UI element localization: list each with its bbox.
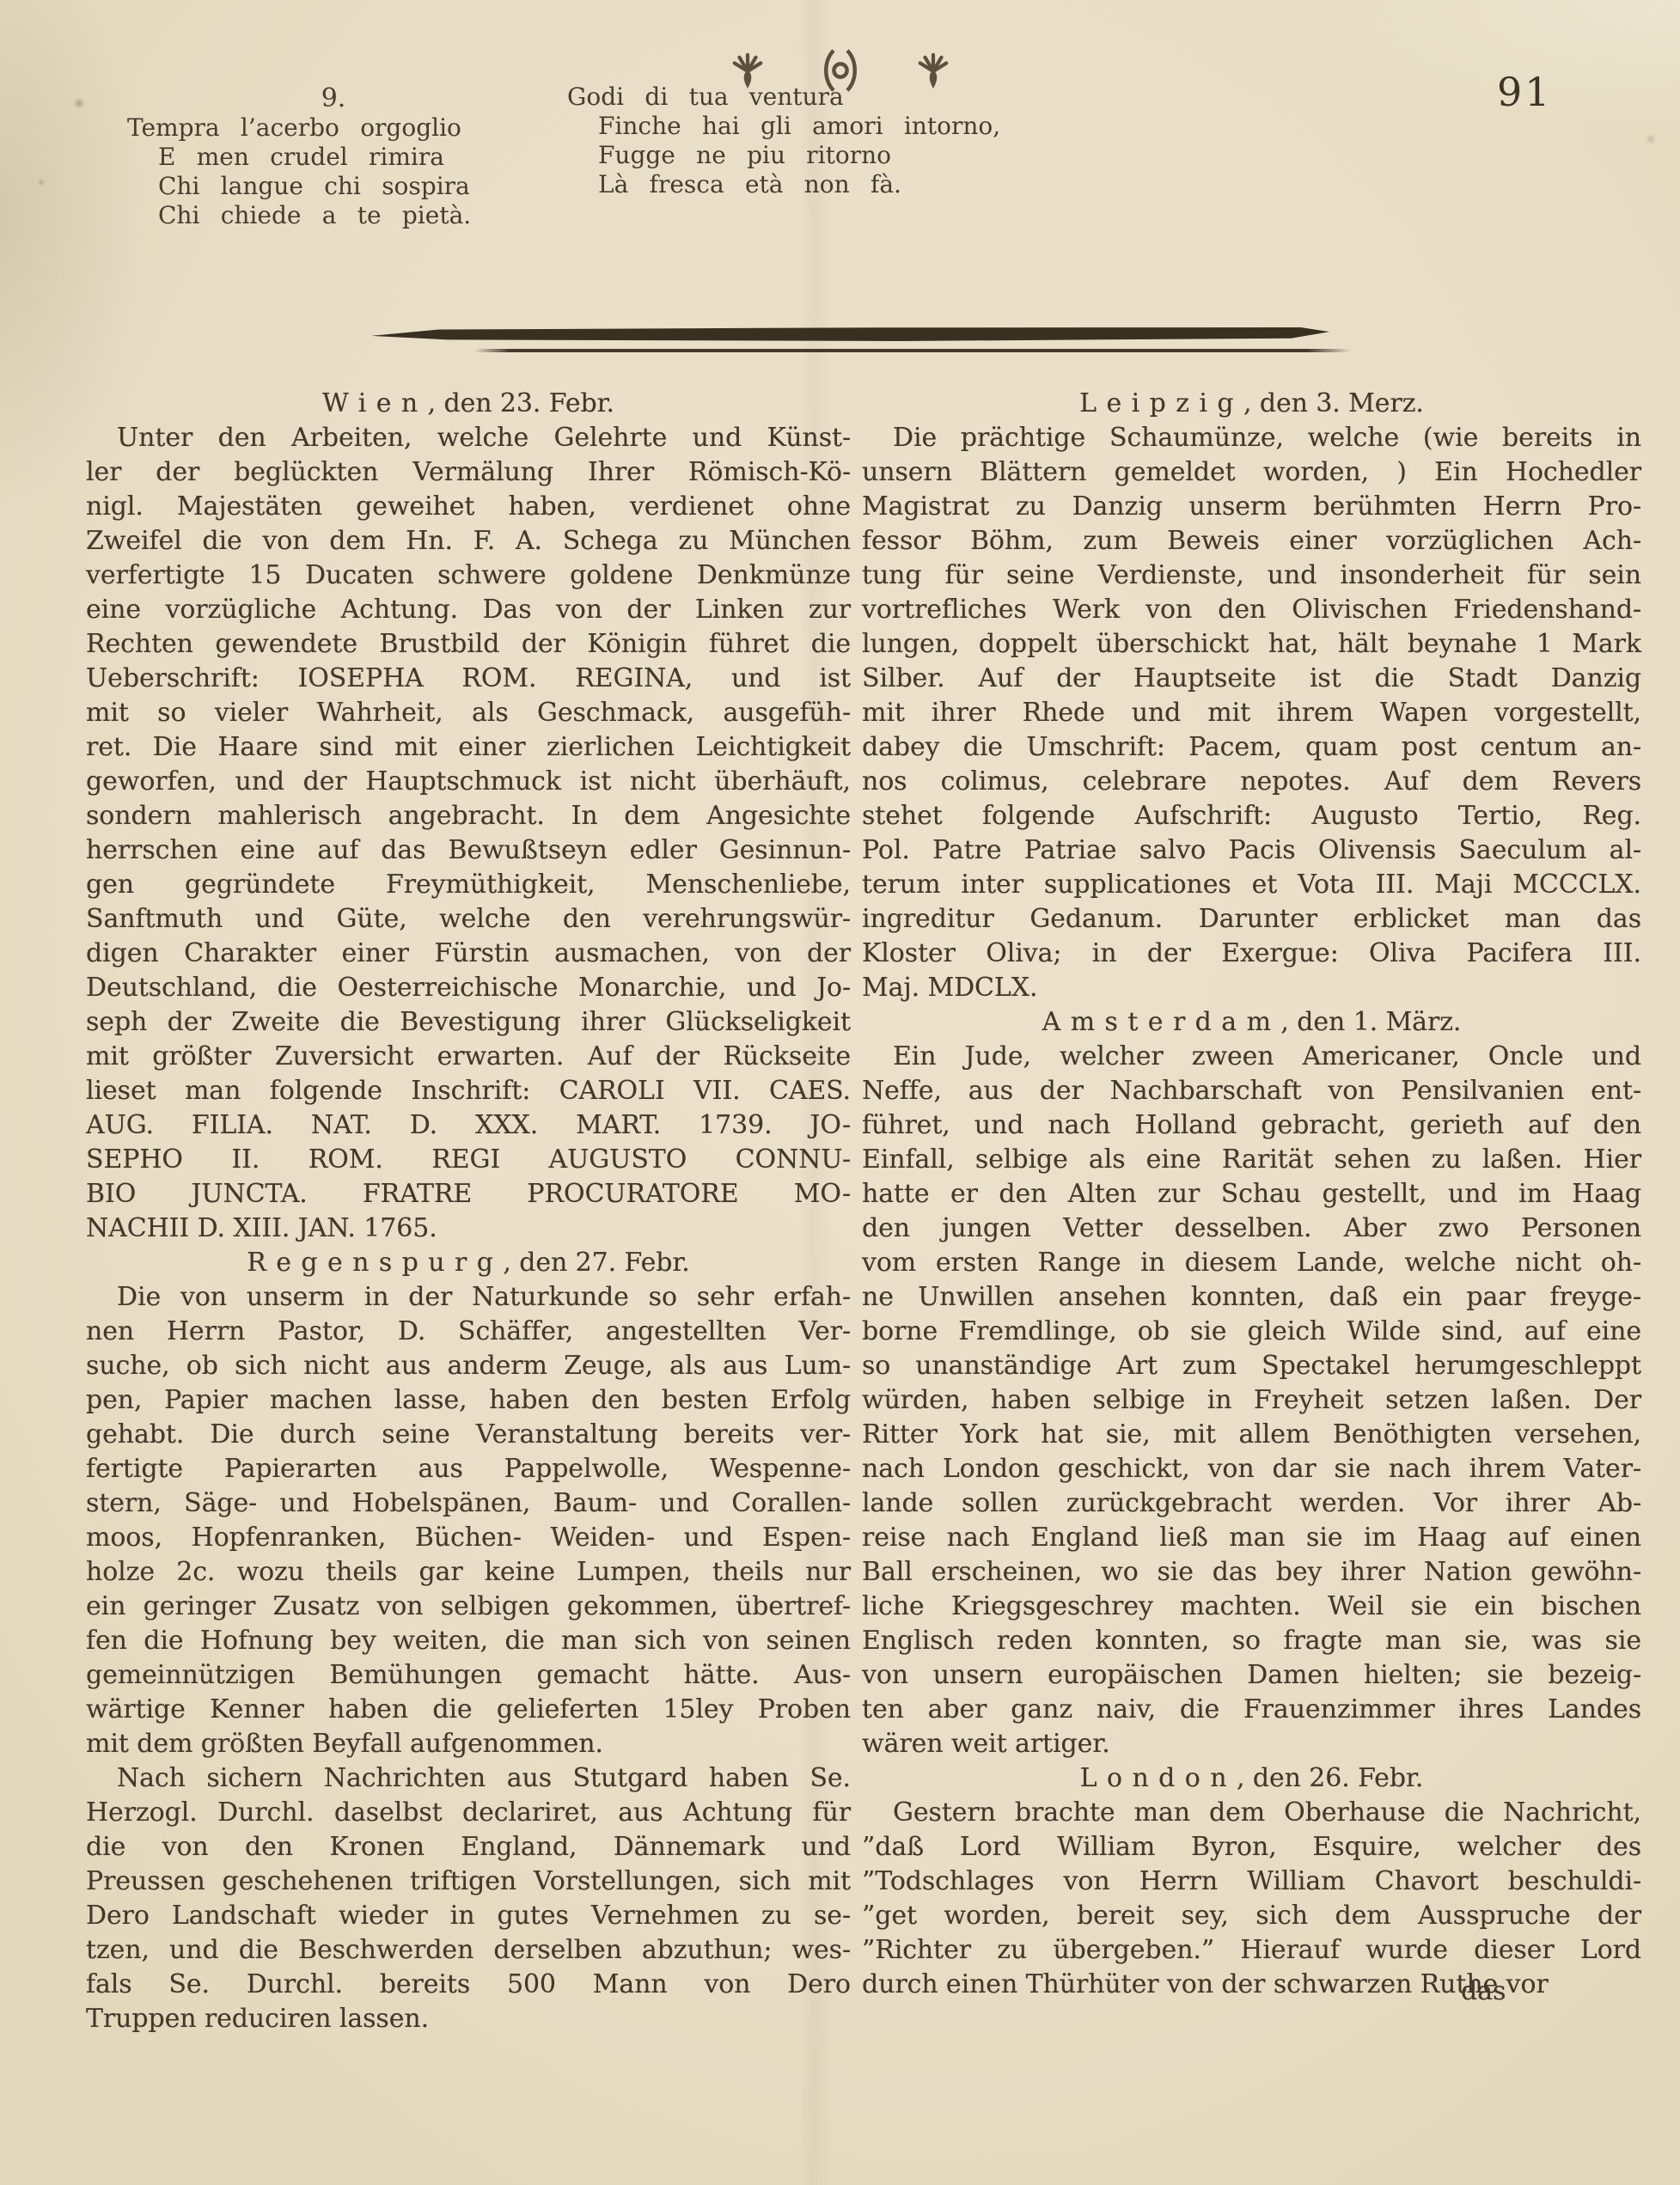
poem-line: Fugge ne piu ritorno: [598, 141, 1100, 170]
text-line: digen Charakter einer Fürstin ausmachen,…: [86, 937, 851, 971]
newspaper-page: 91 9. Tempra l’acerbo orgoglioE men crud…: [0, 0, 1680, 2185]
poem-line: Chi langue chi sospira: [158, 172, 540, 201]
text-line: ”daß Lord William Byron, Esquire, welche…: [862, 1830, 1641, 1865]
text-line: mit größter Zuversicht erwarten. Auf der…: [86, 1040, 851, 1074]
text-line: Dero Landschaft wieder in gutes Vernehme…: [86, 1899, 851, 1933]
text-line: lungen, doppelt überschickt hat, hält be…: [862, 627, 1641, 662]
text-line: Silber. Auf der Hauptseite ist die Stadt…: [862, 662, 1641, 696]
text-line: mit so vieler Wahrheit, als Geschmack, a…: [86, 696, 851, 730]
text-line: fertigte Papierarten aus Pappelwolle, We…: [86, 1452, 851, 1486]
text-line: nen Herrn Pastor, D. Schäffer, angestell…: [86, 1315, 851, 1349]
text-line: liche Kriegsgeschrey machten. Weil sie e…: [862, 1590, 1641, 1624]
section-divider: [371, 327, 1329, 352]
text-line: SEPHO II. ROM. REGI AUGUSTO CONNU-: [86, 1143, 851, 1177]
poem-right: Godi di tua venturaFinche hai gli amori …: [567, 82, 1100, 199]
text-line: ein geringer Zusatz von selbigen gekomme…: [86, 1590, 851, 1624]
text-line: Preussen geschehenen triftigen Vorstellu…: [86, 1865, 851, 1899]
text-line: ten aber ganz naiv, die Frauenzimmer ihr…: [862, 1693, 1641, 1727]
text-line: Rechten gewendete Brustbild der Königin …: [86, 627, 851, 662]
dateline-heading: London, den 26. Febr.: [862, 1761, 1641, 1796]
text-line: fen die Hofnung bey weiten, die man sich…: [86, 1624, 851, 1658]
text-line: Ritter York hat sie, mit allem Benöthigt…: [862, 1418, 1641, 1452]
dateline-heading: Wien, den 23. Febr.: [86, 387, 851, 421]
text-line: Maj. MDCLX.: [862, 971, 1641, 1005]
text-line: Deutschland, die Oesterreichische Monarc…: [86, 971, 851, 1005]
text-line: Truppen reduciren lassen.: [86, 2002, 851, 2036]
page-number: 91: [1497, 69, 1600, 115]
poem-left-lines: Tempra l’acerbo orgoglioE men crudel rim…: [127, 113, 540, 230]
text-line: Neffe, aus der Nachbarschaft von Pensilv…: [862, 1074, 1641, 1108]
text-line: gehabt. Die durch seine Veranstaltung be…: [86, 1418, 851, 1452]
poem-line: Godi di tua ventura: [567, 82, 1100, 112]
dateline-city: London: [1080, 1763, 1237, 1793]
text-line: tung für seine Verdienste, und insonderh…: [862, 558, 1641, 593]
text-line: sondern mahlerisch angebracht. In dem An…: [86, 799, 851, 833]
text-line: Ein Jude, welcher zween Americaner, Oncl…: [862, 1040, 1641, 1074]
poem-left: 9. Tempra l’acerbo orgoglioE men crudel …: [127, 84, 540, 230]
text-line: ler der beglückten Vermälung Ihrer Römis…: [86, 455, 851, 490]
text-line: vom ersten Range in diesem Lande, welche…: [862, 1246, 1641, 1280]
text-line: NACHII D. XIII. JAN. 1765.: [86, 1212, 851, 1246]
text-line: ingreditur Gedanum. Darunter erblicket m…: [862, 902, 1641, 937]
dateline-city: Regenspurg: [247, 1248, 503, 1278]
dateline-city: Leipzig: [1079, 388, 1243, 418]
text-line: Herzogl. Durchl. daselbst declariret, au…: [86, 1796, 851, 1830]
text-line: nigl. Majestäten geweihet haben, verdien…: [86, 490, 851, 524]
text-line: Sanftmuth und Güte, welche den verehrung…: [86, 902, 851, 937]
text-line: Unter den Arbeiten, welche Gelehrte und …: [86, 421, 851, 455]
text-line: hatte er den Alten zur Schau gestellt, u…: [862, 1177, 1641, 1212]
text-line: Kloster Oliva; in der Exergue: Oliva Pac…: [862, 937, 1641, 971]
dateline-city: Wien: [322, 388, 428, 418]
text-line: Zweifel die von dem Hn. F. A. Schega zu …: [86, 524, 851, 558]
text-line: tzen, und die Beschwerden derselben abzu…: [86, 1933, 851, 1968]
text-line: den jungen Vetter desselben. Aber zwo Pe…: [862, 1212, 1641, 1246]
column-left: Wien, den 23. Febr.Unter den Arbeiten, w…: [86, 387, 851, 2036]
text-line: Englisch reden konnten, so fragte man si…: [862, 1624, 1641, 1658]
text-line: holze 2c. wozu theils gar keine Lumpen, …: [86, 1555, 851, 1590]
dateline-heading: Leipzig, den 3. Merz.: [862, 387, 1641, 421]
text-line: lande sollen zurückgebracht werden. Vor …: [862, 1486, 1641, 1521]
text-line: moos, Hopfenranken, Büchen- Weiden- und …: [86, 1521, 851, 1555]
text-line: Die prächtige Schaumünze, welche (wie be…: [862, 421, 1641, 455]
poem-number: 9.: [127, 84, 540, 113]
dateline-date: , den 26. Febr.: [1237, 1763, 1423, 1793]
text-line: ne Unwillen ansehen konnten, daß ein paa…: [862, 1280, 1641, 1315]
poem-line: Chi chiede a te pietà.: [158, 201, 540, 230]
text-line: AUG. FILIA. NAT. D. XXX. MART. 1739. JO-: [86, 1108, 851, 1143]
text-line: gen gegründete Freymüthigkeit, Menschenl…: [86, 868, 851, 902]
text-line: fals Se. Durchl. bereits 500 Mann von De…: [86, 1968, 851, 2002]
dateline-date: , den 27. Febr.: [503, 1248, 689, 1278]
text-line: ret. Die Haare sind mit einer zierlichen…: [86, 730, 851, 765]
text-line: verfertigte 15 Ducaten schwere goldene D…: [86, 558, 851, 593]
text-line: seph der Zweite die Bevestigung ihrer Gl…: [86, 1005, 851, 1040]
text-line: von unsern europäischen Damen hielten; s…: [862, 1658, 1641, 1693]
text-line: mit dem größten Beyfall aufgenommen.: [86, 1727, 851, 1761]
text-line: fessor Böhm, zum Beweis einer vorzüglich…: [862, 524, 1641, 558]
swelled-rule: [371, 327, 1329, 341]
text-line: würden, haben selbige in Freyheit setzen…: [862, 1383, 1641, 1418]
text-line: suche, ob sich nicht aus anderm Zeuge, a…: [86, 1349, 851, 1383]
text-line: terum inter supplicationes et Vota III. …: [862, 868, 1641, 902]
dateline-date: , den 1. März.: [1280, 1007, 1461, 1037]
text-line: reise nach England ließ man sie im Haag …: [862, 1521, 1641, 1555]
text-line: vortrefliches Werk von den Olivischen Fr…: [862, 593, 1641, 627]
text-line: wärtige Kenner haben die gelieferten 15l…: [86, 1693, 851, 1727]
text-line: herrschen eine auf das Bewußtseyn edler …: [86, 833, 851, 868]
text-line: Gestern brachte man dem Oberhause die Na…: [862, 1796, 1641, 1830]
thin-rule: [474, 349, 1351, 352]
dateline-heading: Amsterdam, den 1. März.: [862, 1005, 1641, 1040]
text-line: nach London geschickt, von dar sie nach …: [862, 1452, 1641, 1486]
text-line: Ueberschrift: IOSEPHA ROM. REGINA, und i…: [86, 662, 851, 696]
text-line: Magistrat zu Danzig unserm berühmten Her…: [862, 490, 1641, 524]
text-line: stern, Säge- und Hobelspänen, Baum- und …: [86, 1486, 851, 1521]
text-line: Pol. Patre Patriae salvo Pacis Olivensis…: [862, 833, 1641, 868]
column-right: Leipzig, den 3. Merz.Die prächtige Schau…: [862, 387, 1641, 2002]
poem-right-lines: Godi di tua venturaFinche hai gli amori …: [567, 82, 1100, 199]
text-line: mit ihrer Rhede und mit ihrem Wapen vorg…: [862, 696, 1641, 730]
poem-line: Là fresca età non fà.: [598, 170, 1100, 199]
text-line: Einfall, selbige als eine Rarität sehen …: [862, 1143, 1641, 1177]
text-line: unsern Blättern gemeldet worden, ) Ein H…: [862, 455, 1641, 490]
dateline-city: Amsterdam: [1042, 1007, 1281, 1037]
text-line: borne Fremdlinge, ob sie gleich Wilde si…: [862, 1315, 1641, 1349]
dateline-heading: Regenspurg, den 27. Febr.: [86, 1246, 851, 1280]
text-line: dabey die Umschrift: Pacem, quam post ce…: [862, 730, 1641, 765]
poem-line: Tempra l’acerbo orgoglio: [127, 113, 540, 143]
text-line: Die von unserm in der Naturkunde so sehr…: [86, 1280, 851, 1315]
text-line: geworfen, und der Hauptschmuck ist nicht…: [86, 765, 851, 799]
text-line: Nach sichern Nachrichten aus Stutgard ha…: [86, 1761, 851, 1796]
poem-line: E men crudel rimira: [158, 143, 540, 172]
text-line: gemeinnützigen Bemühungen gemacht hätte.…: [86, 1658, 851, 1693]
text-line: Ball erscheinen, wo sie das bey ihrer Na…: [862, 1555, 1641, 1590]
catchword: das: [1461, 1976, 1506, 2006]
text-line: führet, und nach Holland gebracht, gerie…: [862, 1108, 1641, 1143]
dateline-date: , den 23. Febr.: [428, 388, 614, 418]
text-line: die von den Kronen England, Dännemark un…: [86, 1830, 851, 1865]
text-line: ”Richter zu übergeben.” Hierauf wurde di…: [862, 1933, 1641, 1968]
text-line: wären weit artiger.: [862, 1727, 1641, 1761]
text-line: nos colimus, celebrare nepotes. Auf dem …: [862, 765, 1641, 799]
text-line: ”get worden, bereit sey, sich dem Ausspr…: [862, 1899, 1641, 1933]
text-line: stehet folgende Aufschrift: Augusto Tert…: [862, 799, 1641, 833]
dateline-date: , den 3. Merz.: [1243, 388, 1424, 418]
text-line: BIO JUNCTA. FRATRE PROCURATORE MO-: [86, 1177, 851, 1212]
poem-line: Finche hai gli amori intorno,: [598, 112, 1100, 141]
text-line: eine vorzügliche Achtung. Das von der Li…: [86, 593, 851, 627]
text-line: durch einen Thürhüter von der schwarzen …: [862, 1968, 1641, 2002]
text-line: lieset man folgende Inschrift: CAROLI VI…: [86, 1074, 851, 1108]
text-line: pen, Papier machen lasse, haben den best…: [86, 1383, 851, 1418]
text-line: so unanständige Art zum Spectakel herumg…: [862, 1349, 1641, 1383]
text-line: ”Todschlages von Herrn William Chavort b…: [862, 1865, 1641, 1899]
